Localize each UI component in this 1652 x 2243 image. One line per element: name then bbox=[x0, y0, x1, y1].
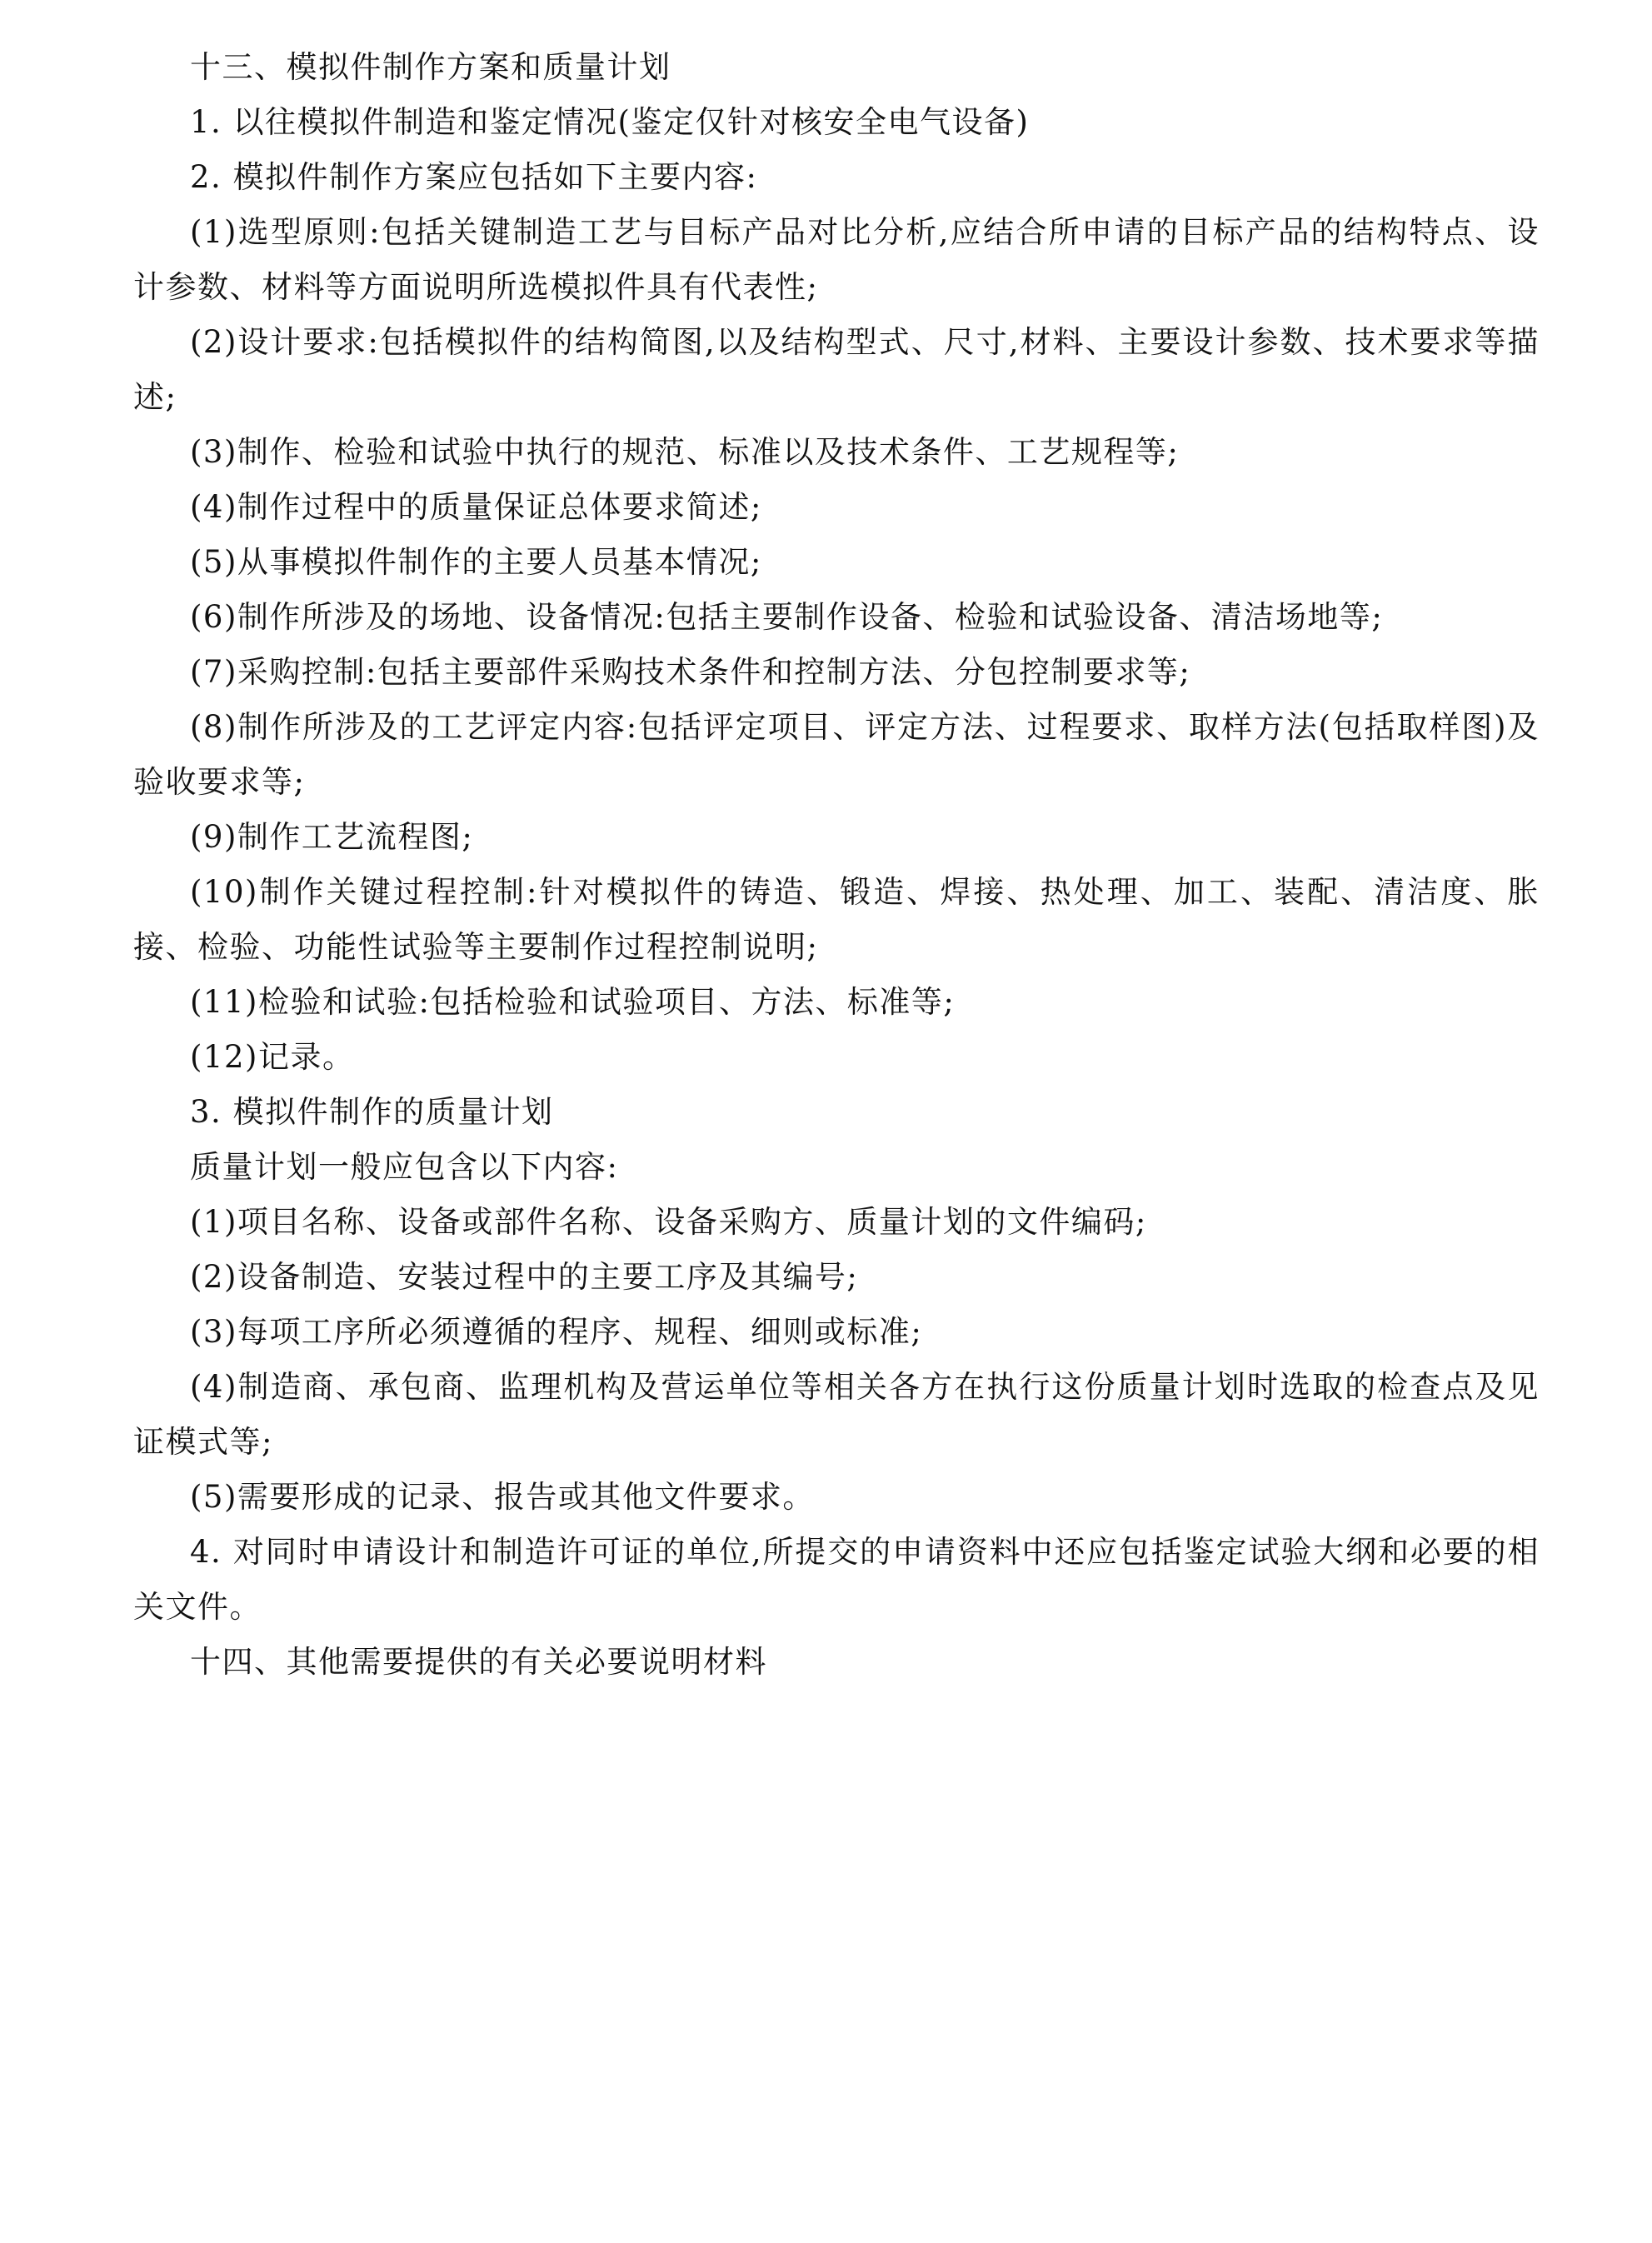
paragraph-subitem-10: (10)制作关键过程控制:针对模拟件的铸造、锻造、焊接、热处理、加工、装配、清洁… bbox=[133, 865, 1540, 975]
paragraph-subitem-2: (2)设计要求:包括模拟件的结构简图,以及结构型式、尺寸,材料、主要设计参数、技… bbox=[133, 315, 1540, 425]
paragraph-item-3: 3. 模拟件制作的质量计划 bbox=[133, 1085, 1540, 1140]
paragraph-subitem-12: (12)记录。 bbox=[133, 1030, 1540, 1085]
section-heading-13: 十三、模拟件制作方案和质量计划 bbox=[133, 40, 1540, 95]
paragraph-qp-subitem-4: (4)制造商、承包商、监理机构及营运单位等相关各方在执行这份质量计划时选取的检查… bbox=[133, 1360, 1540, 1470]
paragraph-item-1: 1. 以往模拟件制造和鉴定情况(鉴定仅针对核安全电气设备) bbox=[133, 95, 1540, 150]
paragraph-subitem-5: (5)从事模拟件制作的主要人员基本情况; bbox=[133, 535, 1540, 590]
paragraph-subitem-4: (4)制作过程中的质量保证总体要求简述; bbox=[133, 480, 1540, 535]
paragraph-subitem-6: (6)制作所涉及的场地、设备情况:包括主要制作设备、检验和试验设备、清洁场地等; bbox=[133, 590, 1540, 645]
paragraph-subitem-7: (7)采购控制:包括主要部件采购技术条件和控制方法、分包控制要求等; bbox=[133, 645, 1540, 700]
paragraph-subitem-9: (9)制作工艺流程图; bbox=[133, 810, 1540, 865]
paragraph-item-4: 4. 对同时申请设计和制造许可证的单位,所提交的申请资料中还应包括鉴定试验大纲和… bbox=[133, 1525, 1540, 1635]
paragraph-qp-subitem-5: (5)需要形成的记录、报告或其他文件要求。 bbox=[133, 1470, 1540, 1525]
paragraph-qp-subitem-3: (3)每项工序所必须遵循的程序、规程、细则或标准; bbox=[133, 1305, 1540, 1360]
paragraph-subitem-3: (3)制作、检验和试验中执行的规范、标准以及技术条件、工艺规程等; bbox=[133, 425, 1540, 480]
section-heading-14: 十四、其他需要提供的有关必要说明材料 bbox=[133, 1635, 1540, 1690]
paragraph-subitem-1: (1)选型原则:包括关键制造工艺与目标产品对比分析,应结合所申请的目标产品的结构… bbox=[133, 205, 1540, 315]
paragraph-subitem-8: (8)制作所涉及的工艺评定内容:包括评定项目、评定方法、过程要求、取样方法(包括… bbox=[133, 700, 1540, 810]
paragraph-subitem-11: (11)检验和试验:包括检验和试验项目、方法、标准等; bbox=[133, 975, 1540, 1030]
paragraph-qp-subitem-2: (2)设备制造、安装过程中的主要工序及其编号; bbox=[133, 1250, 1540, 1305]
document-page: 十三、模拟件制作方案和质量计划 1. 以往模拟件制造和鉴定情况(鉴定仅针对核安全… bbox=[133, 40, 1540, 1690]
paragraph-item-2: 2. 模拟件制作方案应包括如下主要内容: bbox=[133, 150, 1540, 205]
paragraph-qp-subitem-1: (1)项目名称、设备或部件名称、设备采购方、质量计划的文件编码; bbox=[133, 1195, 1540, 1250]
paragraph-quality-plan-intro: 质量计划一般应包含以下内容: bbox=[133, 1140, 1540, 1195]
